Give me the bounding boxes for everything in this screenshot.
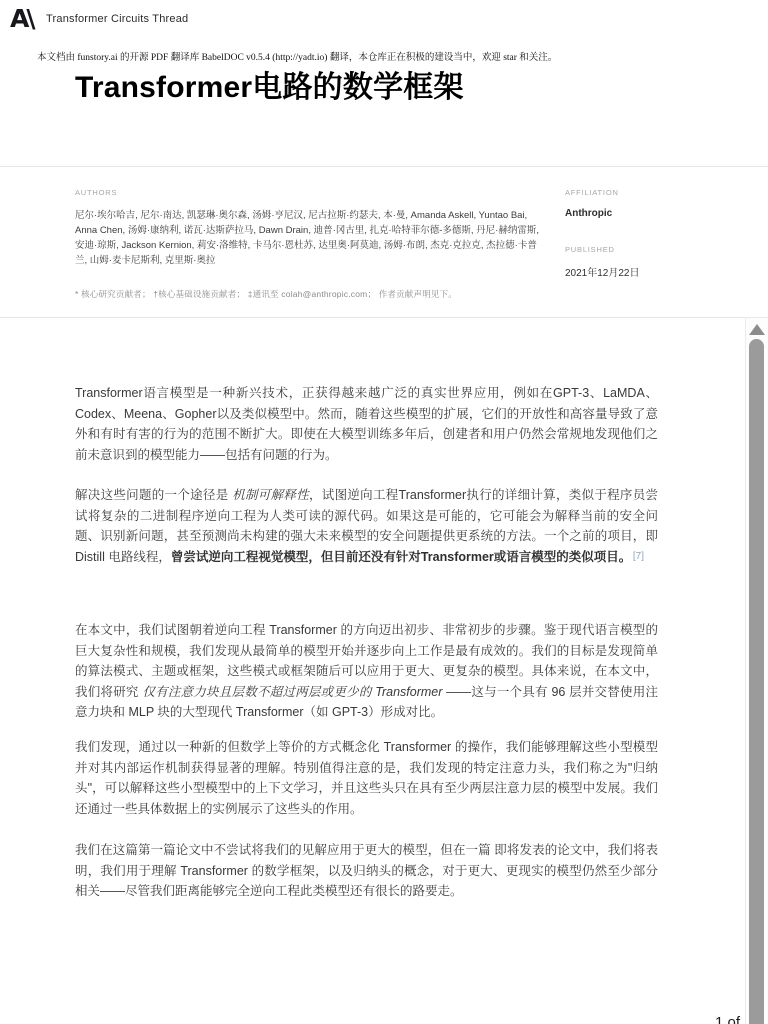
scrollbar[interactable] [745,318,768,1024]
published-date: 2021年12月22日 [565,264,725,279]
site-title-link[interactable]: Transformer Circuits Thread [46,13,188,25]
affiliation-label: AFFILIATION [565,188,725,197]
translation-notice: 本文档由 funstory.ai 的开源 PDF 翻译库 BabelDOC v0… [37,49,557,63]
paragraph-intro: Transformer语言模型是一种新兴技术，正获得越来越广泛的真实世界应用，例… [75,383,658,465]
scroll-up-arrow-icon[interactable] [749,324,765,335]
page: A\ Transformer Circuits Thread 本文档由 funs… [0,0,768,1024]
divider-top [0,166,768,167]
paragraph-approach: 在本文中，我们试图朝着逆向工程 Transformer 的方向迈出初步、非常初步… [75,620,658,723]
article-title: Transformer电路的数学框架 [75,62,464,106]
site-header: A\ Transformer Circuits Thread [0,0,768,40]
paragraph-interpretability: 解决这些问题的一个途径是 机制可解释性，试图逆向工程Transformer执行的… [75,485,658,567]
paragraph-induction-heads: 我们发现，通过以一种新的但数学上等价的方式概念化 Transformer 的操作… [75,737,658,819]
published-label: PUBLISHED [565,245,725,254]
authors-list: 尼尔·埃尔哈吉, 尼尔·南达, 凯瑟琳·奥尔森, 汤姆·亨尼汉, 尼古拉斯·约瑟… [75,208,547,268]
affiliation-link[interactable]: Anthropic [565,208,725,219]
authors-label: AUTHORS [75,188,547,197]
authors-section: AUTHORS 尼尔·埃尔哈吉, 尼尔·南达, 凯瑟琳·奥尔森, 汤姆·亨尼汉,… [75,188,547,268]
divider-content [0,317,768,318]
scrollbar-thumb[interactable] [749,339,764,1024]
anthropic-logo-icon[interactable]: A\ [10,4,32,33]
citation-link[interactable]: [7] [633,551,644,562]
paragraph-future-work: 我们在这篇第一篇论文中不尝试将我们的见解应用于更大的模型，但在一篇 即将发表的论… [75,840,658,902]
contributors-footnote: * 核心研究贡献者； †核心基础设施贡献者； ‡通讯至 colah@anthro… [75,288,457,300]
page-indicator: 1 of [715,1014,740,1024]
meta-sidebar: AFFILIATION Anthropic PUBLISHED 2021年12月… [565,188,725,279]
